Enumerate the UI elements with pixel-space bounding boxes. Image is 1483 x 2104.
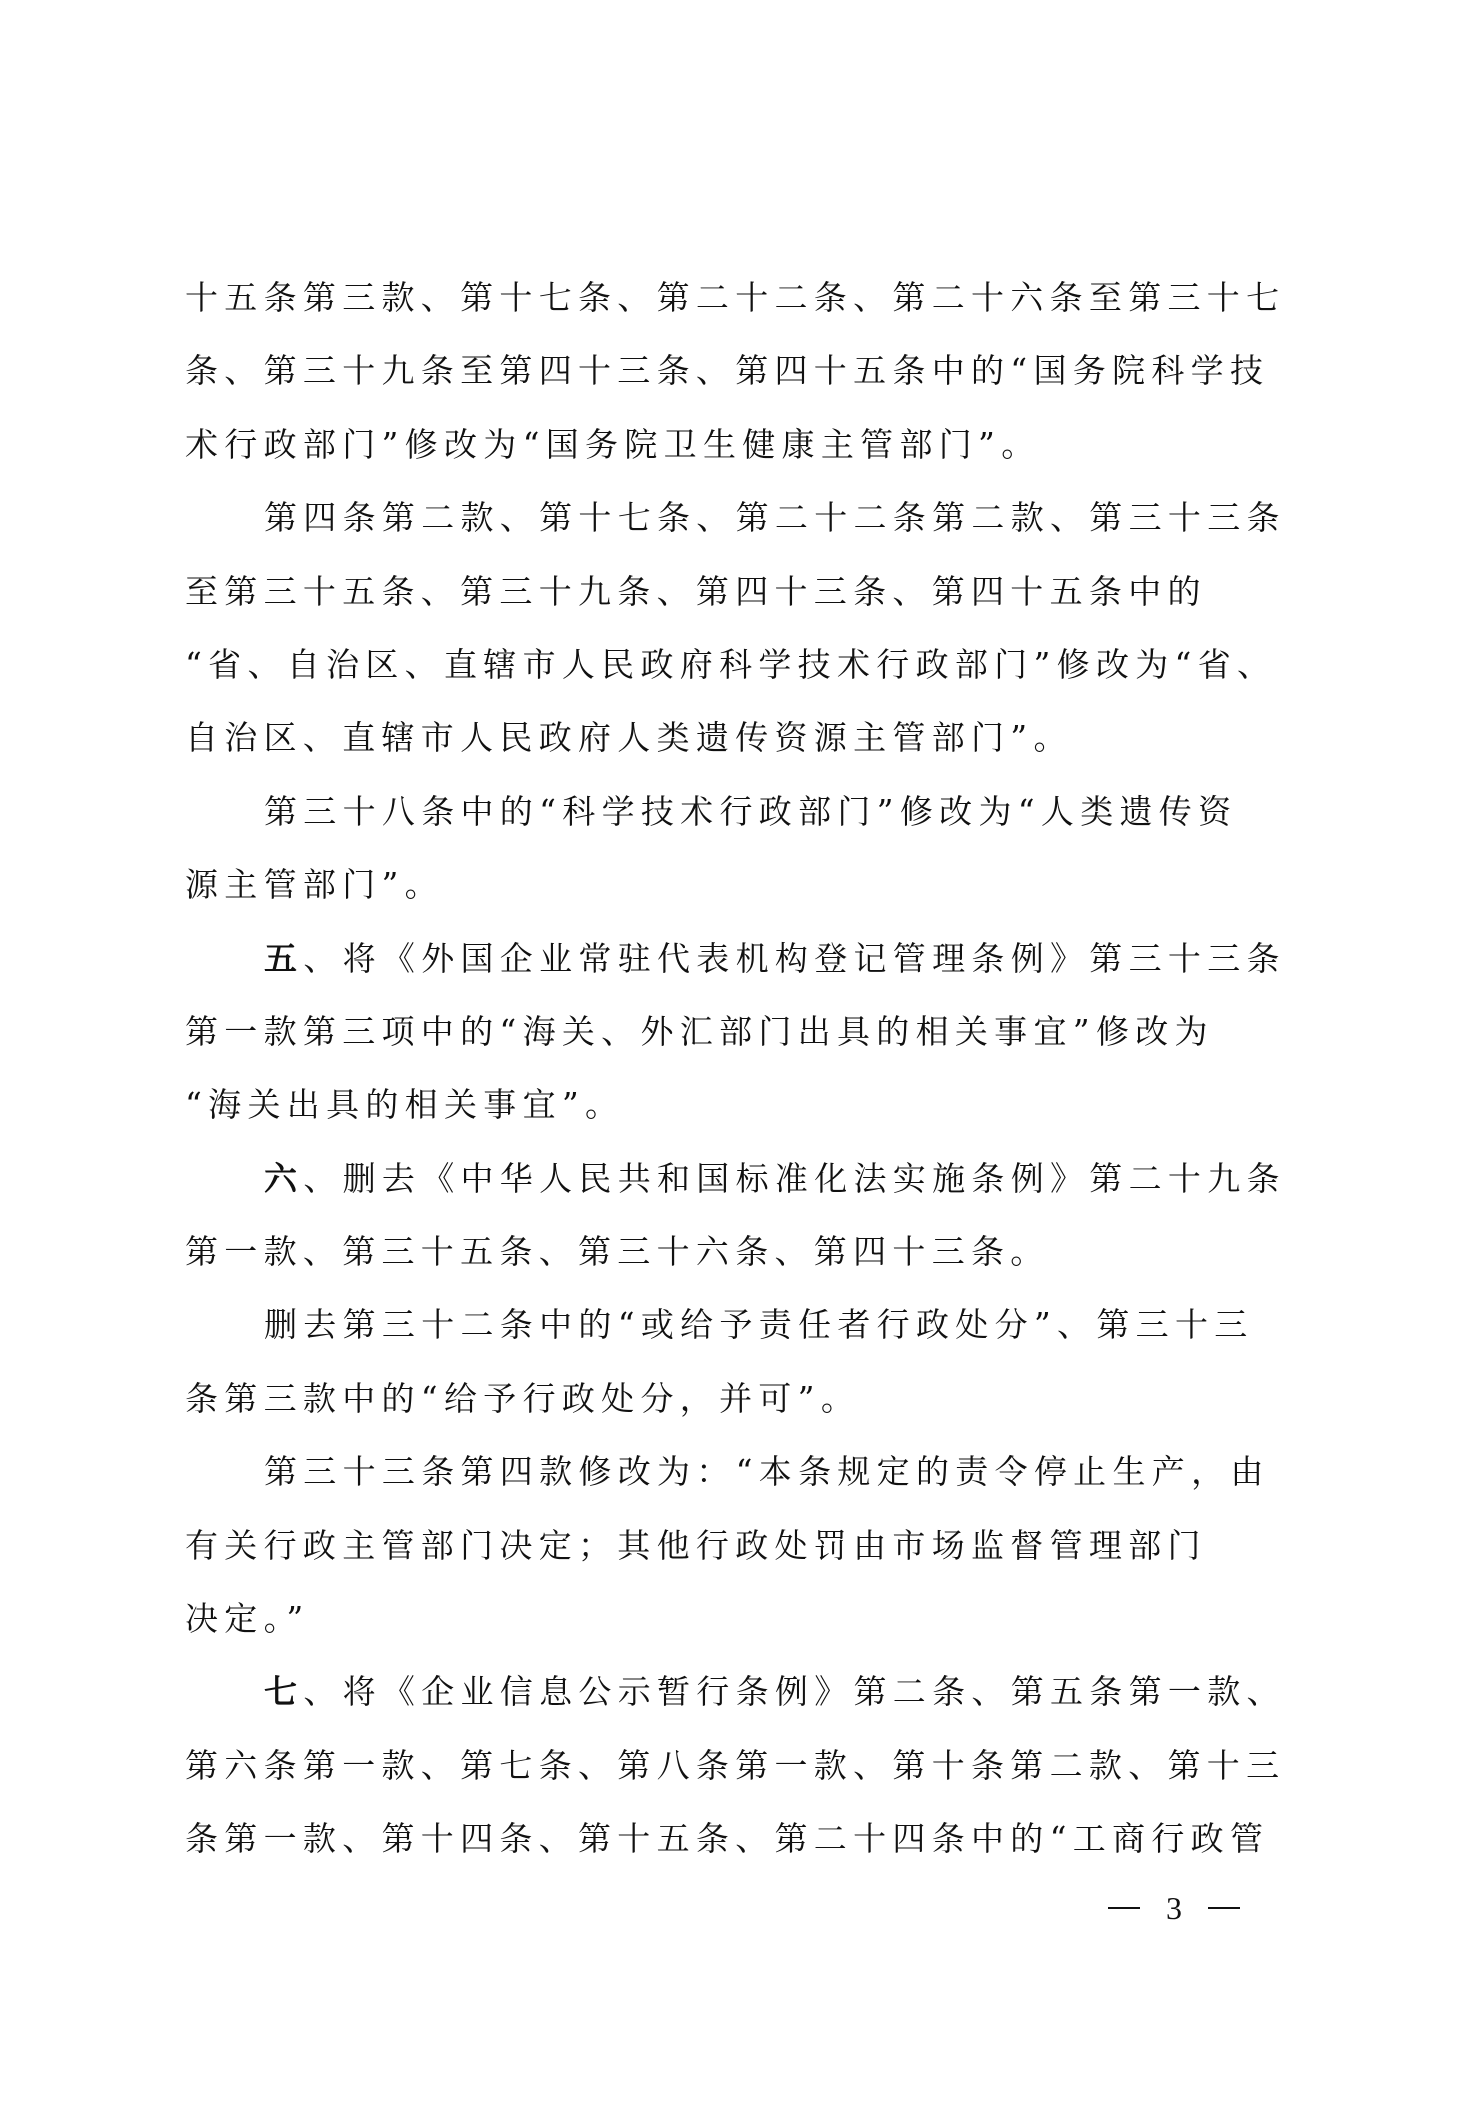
text-line: “省、自治区、直辖市人民政府科学技术行政部门”修改为“省、 bbox=[185, 641, 1285, 714]
dash-left-decoration bbox=[1108, 1907, 1140, 1909]
text-line: 第一款、第三十五条、第三十六条、第四十三条。 bbox=[185, 1228, 1285, 1301]
section-heading-line-7: 七、将《企业信息公示暂行条例》第二条、第五条第一款、 bbox=[185, 1668, 1285, 1741]
document-page: 十五条第三款、第十七条、第二十二条、第二十六条至第三十七 条、第三十九条至第四十… bbox=[0, 0, 1483, 2104]
section-number: 五 bbox=[264, 939, 303, 978]
text-line: 决定。” bbox=[185, 1595, 1285, 1668]
paragraph-start-line: 第三十三条第四款修改为：“本条规定的责令停止生产，由 bbox=[185, 1448, 1285, 1521]
text-line: “海关出具的相关事宜”。 bbox=[185, 1081, 1285, 1154]
text-line: 第六条第一款、第七条、第八条第一款、第十条第二款、第十三 bbox=[185, 1742, 1285, 1815]
dash-right-decoration bbox=[1208, 1907, 1240, 1909]
text-line: 条、第三十九条至第四十三条、第四十五条中的“国务院科学技 bbox=[185, 347, 1285, 420]
text-line: 条第一款、第十四条、第十五条、第二十四条中的“工商行政管 bbox=[185, 1815, 1285, 1888]
document-body: 十五条第三款、第十七条、第二十二条、第二十六条至第三十七 条、第三十九条至第四十… bbox=[185, 274, 1285, 1889]
text-line: 自治区、直辖市人民政府人类遗传资源主管部门”。 bbox=[185, 714, 1285, 787]
text-line: 十五条第三款、第十七条、第二十二条、第二十六条至第三十七 bbox=[185, 274, 1285, 347]
page-number-footer: 3 bbox=[1108, 1886, 1308, 1930]
page-number: 3 bbox=[1166, 1890, 1182, 1927]
text-line: 源主管部门”。 bbox=[185, 861, 1285, 934]
section-number: 六 bbox=[264, 1159, 303, 1198]
text-line: 术行政部门”修改为“国务院卫生健康主管部门”。 bbox=[185, 421, 1285, 494]
section-heading-line-6: 六、删去《中华人民共和国标准化法实施条例》第二十九条 bbox=[185, 1155, 1285, 1228]
text-line: 条第三款中的“给予行政处分，并可”。 bbox=[185, 1375, 1285, 1448]
section-number: 七 bbox=[264, 1672, 303, 1711]
text-line: 有关行政主管部门决定；其他行政处罚由市场监督管理部门 bbox=[185, 1522, 1285, 1595]
text-line: 第一款第三项中的“海关、外汇部门出具的相关事宜”修改为 bbox=[185, 1008, 1285, 1081]
section-heading-line-5: 五、将《外国企业常驻代表机构登记管理条例》第三十三条 bbox=[185, 935, 1285, 1008]
paragraph-start-line: 第四条第二款、第十七条、第二十二条第二款、第三十三条 bbox=[185, 494, 1285, 567]
text-line: 至第三十五条、第三十九条、第四十三条、第四十五条中的 bbox=[185, 568, 1285, 641]
paragraph-start-line: 第三十八条中的“科学技术行政部门”修改为“人类遗传资 bbox=[185, 788, 1285, 861]
paragraph-start-line: 删去第三十二条中的“或给予责任者行政处分”、第三十三 bbox=[185, 1301, 1285, 1374]
